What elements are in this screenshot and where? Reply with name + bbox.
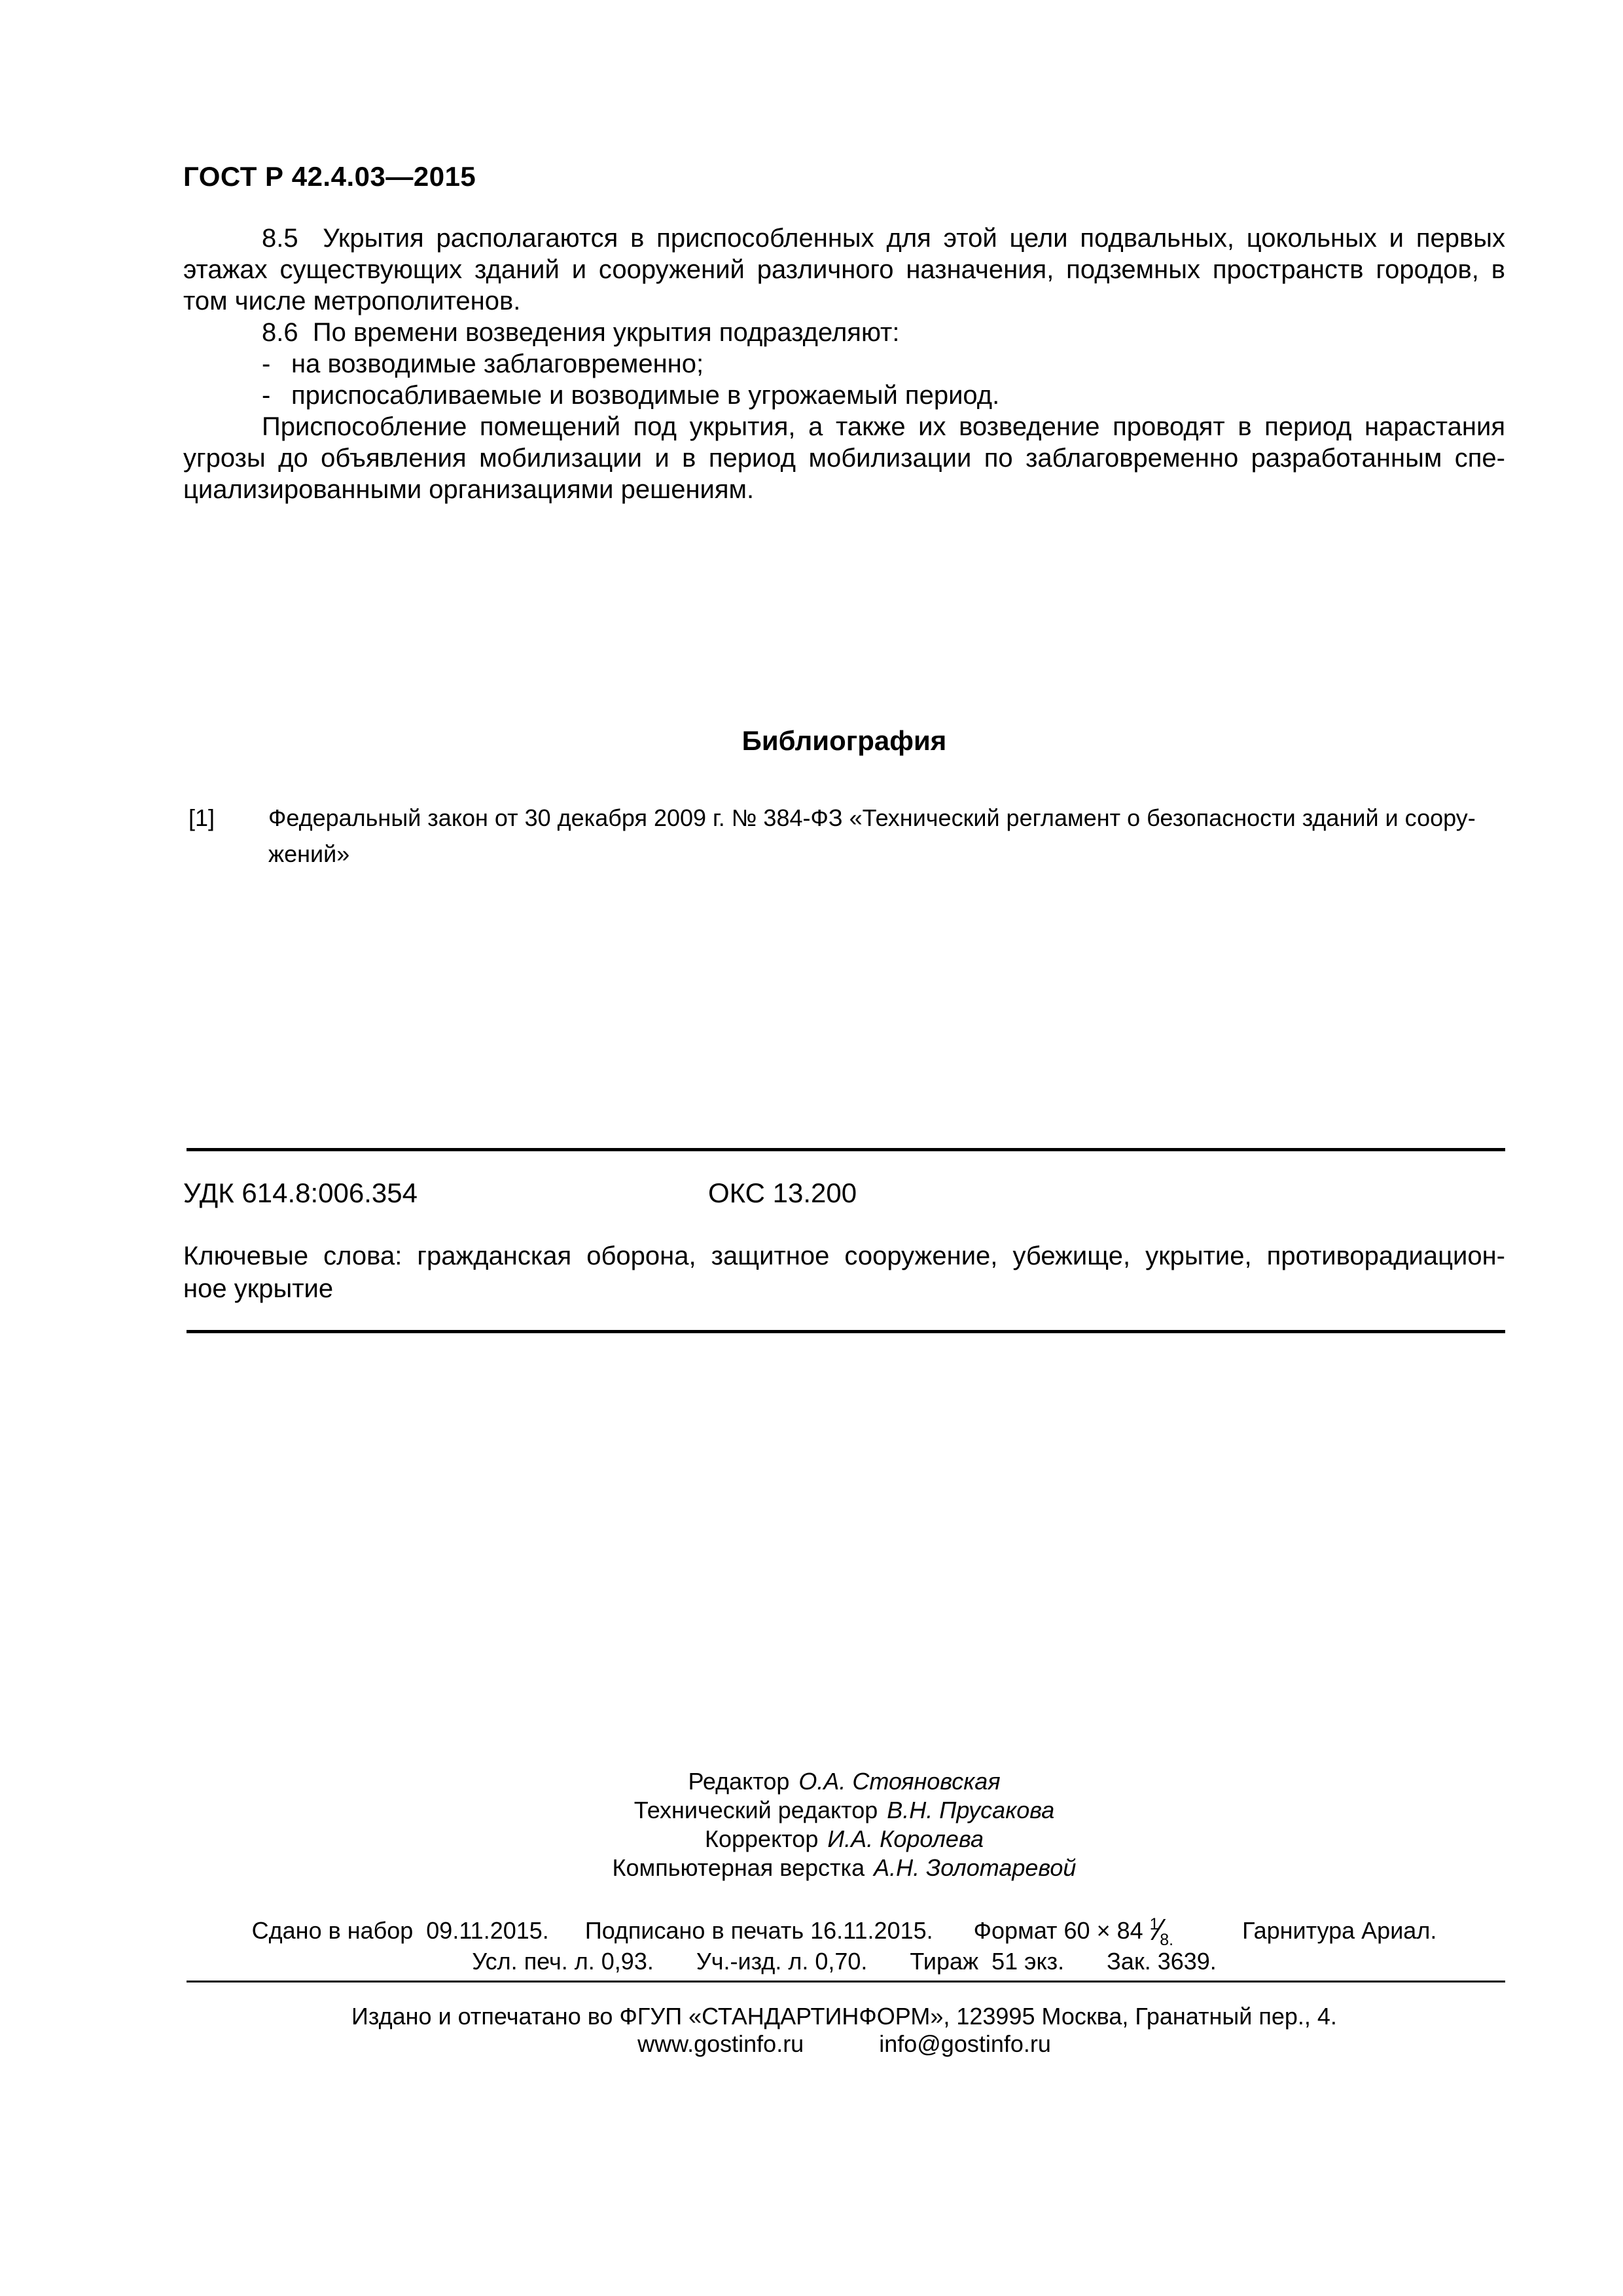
para-mobilization-line-2: угрозы до объявления мобилизации и в пер… [183, 442, 1505, 474]
publisher-website: www.gostinfo.ru [637, 2030, 804, 2057]
list-item-text: на возводимые заблаговременно; [291, 350, 704, 378]
keywords-line-1: Ключевые слова: гражданская оборона, защ… [183, 1240, 1505, 1272]
format-fraction: 1⁄8. [1150, 1917, 1173, 1944]
credit-name: О.А. Стояновская [798, 1768, 1000, 1795]
credit-name: А.Н. Золотаревой [874, 1854, 1076, 1881]
signed-to-print-date: Подписано в печать 16.11.2015. [585, 1917, 933, 1944]
credit-line-editor: РедакторО.А. Стояновская [183, 1767, 1505, 1796]
circulation: Тираж 51 экз. [910, 1948, 1064, 1975]
keywords-block: Ключевые слова: гражданская оборона, защ… [183, 1240, 1505, 1305]
para-8-5-line-2: этажах существующих зданий и сооружений … [183, 254, 1505, 285]
oks-code: ОКС 13.200 [708, 1177, 857, 1210]
page-header-doc-number: ГОСТ Р 42.4.03—2015 [183, 161, 476, 192]
bibliography-entry: [1] Федеральный закон от 30 декабря 2009… [183, 800, 1505, 872]
fraction-denominator: 8. [1160, 1931, 1173, 1949]
para-mobilization-line-3: циализированными организациями решениям. [183, 474, 1505, 505]
paper-format: Формат 60 × 84 [974, 1917, 1143, 1944]
horizontal-rule-middle [187, 1330, 1505, 1333]
credit-name: И.А. Королева [827, 1825, 984, 1852]
para-8-5-line-1: 8.5 Укрытия располагаются в приспособлен… [183, 223, 1505, 254]
keywords-line-2: ное укрытие [183, 1272, 1505, 1305]
order-number: Зак. 3639. [1107, 1948, 1217, 1975]
editorial-credits: РедакторО.А. Стояновская Технический ред… [183, 1767, 1505, 1882]
credit-line-technical-editor: Технический редакторВ.Н. Прусакова [183, 1796, 1505, 1825]
credit-role: Редактор [688, 1768, 789, 1795]
credit-role: Технический редактор [634, 1797, 878, 1823]
publisher-address: Издано и отпечатано во ФГУП «СТАНДАРТИНФ… [183, 2003, 1505, 2030]
credit-line-layout: Компьютерная версткаА.Н. Золотаревой [183, 1854, 1505, 1882]
publisher-sheets: Уч.-изд. л. 0,70. [696, 1948, 868, 1975]
credit-line-proofreader: КорректорИ.А. Королева [183, 1825, 1505, 1854]
horizontal-rule-bottom [187, 1981, 1505, 1982]
typeface-name: Гарнитура Ариал. [1242, 1917, 1436, 1944]
credit-role: Корректор [705, 1825, 818, 1852]
publisher-email: info@gostinfo.ru [879, 2030, 1051, 2057]
publisher-contacts: www.gostinfo.ru info@gostinfo.ru [183, 2030, 1505, 2058]
typeset-date: Сдано в набор 09.11.2015. [252, 1917, 549, 1944]
list-dash-marker: - [262, 348, 291, 380]
classification-line: УДК 614.8:006.354 ОКС 13.200 [183, 1177, 1505, 1210]
list-item-text: приспосабливаемые и возводимые в угрожае… [291, 381, 999, 410]
bibliography-entry-number: [1] [188, 800, 215, 836]
list-dash-marker: - [262, 380, 291, 411]
para-8-6: 8.6 По времени возведения укрытия подраз… [183, 317, 1505, 348]
list-item: -на возводимые заблаговременно; [183, 348, 1584, 380]
bibliography-entry-line-2: жений» [268, 836, 1505, 872]
print-info-line-2: Усл. печ. л. 0,93. Уч.-изд. л. 0,70. Тир… [183, 1948, 1505, 1975]
document-page: ГОСТ Р 42.4.03—2015 8.5 Укрытия располаг… [0, 0, 1623, 2296]
section-8-body-text: 8.5 Укрытия располагаются в приспособлен… [183, 223, 1505, 505]
list-item: -приспосабливаемые и возводимые в угрожа… [183, 380, 1584, 411]
printed-sheets: Усл. печ. л. 0,93. [472, 1948, 654, 1975]
bibliography-entry-line-1: Федеральный закон от 30 декабря 2009 г. … [268, 800, 1505, 836]
credit-role: Компьютерная верстка [613, 1854, 865, 1881]
credit-name: В.Н. Прусакова [887, 1797, 1054, 1823]
bibliography-heading: Библиография [183, 725, 1505, 757]
horizontal-rule-top [187, 1148, 1505, 1151]
udk-code: УДК 614.8:006.354 [183, 1177, 418, 1208]
para-8-5-line-3: том числе метрополитенов. [183, 285, 1505, 317]
para-mobilization-line-1: Приспособление помещений под укрытия, а … [183, 411, 1505, 442]
